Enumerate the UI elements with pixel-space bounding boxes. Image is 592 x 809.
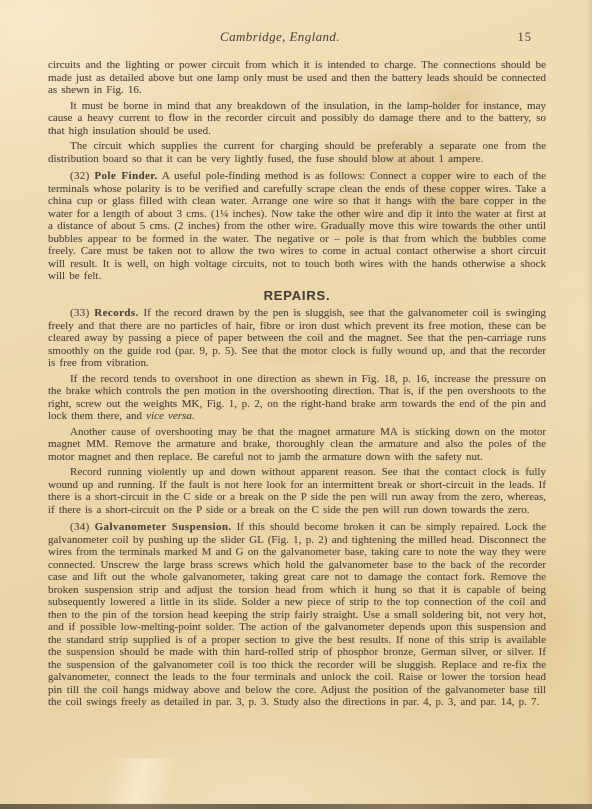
- paragraph-33-records: (33) Records. If the record drawn by the…: [48, 307, 546, 370]
- paragraph-continuation: circuits and the lighting or power circu…: [48, 59, 546, 97]
- paper-crease: [0, 758, 280, 806]
- paragraph: If the record tends to overshoot in one …: [48, 373, 546, 423]
- paragraph: It must be borne in mind that any breakd…: [48, 100, 546, 138]
- page-bottom-scan-edge: [0, 804, 592, 809]
- paragraph-32-pole-finder: (32) Pole Finder. A useful pole-finding …: [48, 170, 546, 283]
- section-heading-repairs: REPAIRS.: [48, 290, 546, 303]
- paragraph: Another cause of overshooting may be tha…: [48, 426, 546, 464]
- page-body-text: circuits and the lighting or power circu…: [48, 59, 546, 712]
- paragraph: Record running violently up and down wit…: [48, 466, 546, 516]
- paragraph: The circuit which supplies the current f…: [48, 140, 546, 165]
- page-right-edge-shading: [586, 0, 592, 809]
- scanned-book-page: Cambridge, England. 15 circuits and the …: [0, 0, 592, 809]
- page-header: Cambridge, England. 15: [48, 29, 546, 47]
- paragraph-34-galvanometer-suspension: (34) Galvanometer Suspension. If this sh…: [48, 521, 546, 709]
- page-number: 15: [518, 30, 533, 45]
- running-title: Cambridge, England.: [48, 29, 546, 45]
